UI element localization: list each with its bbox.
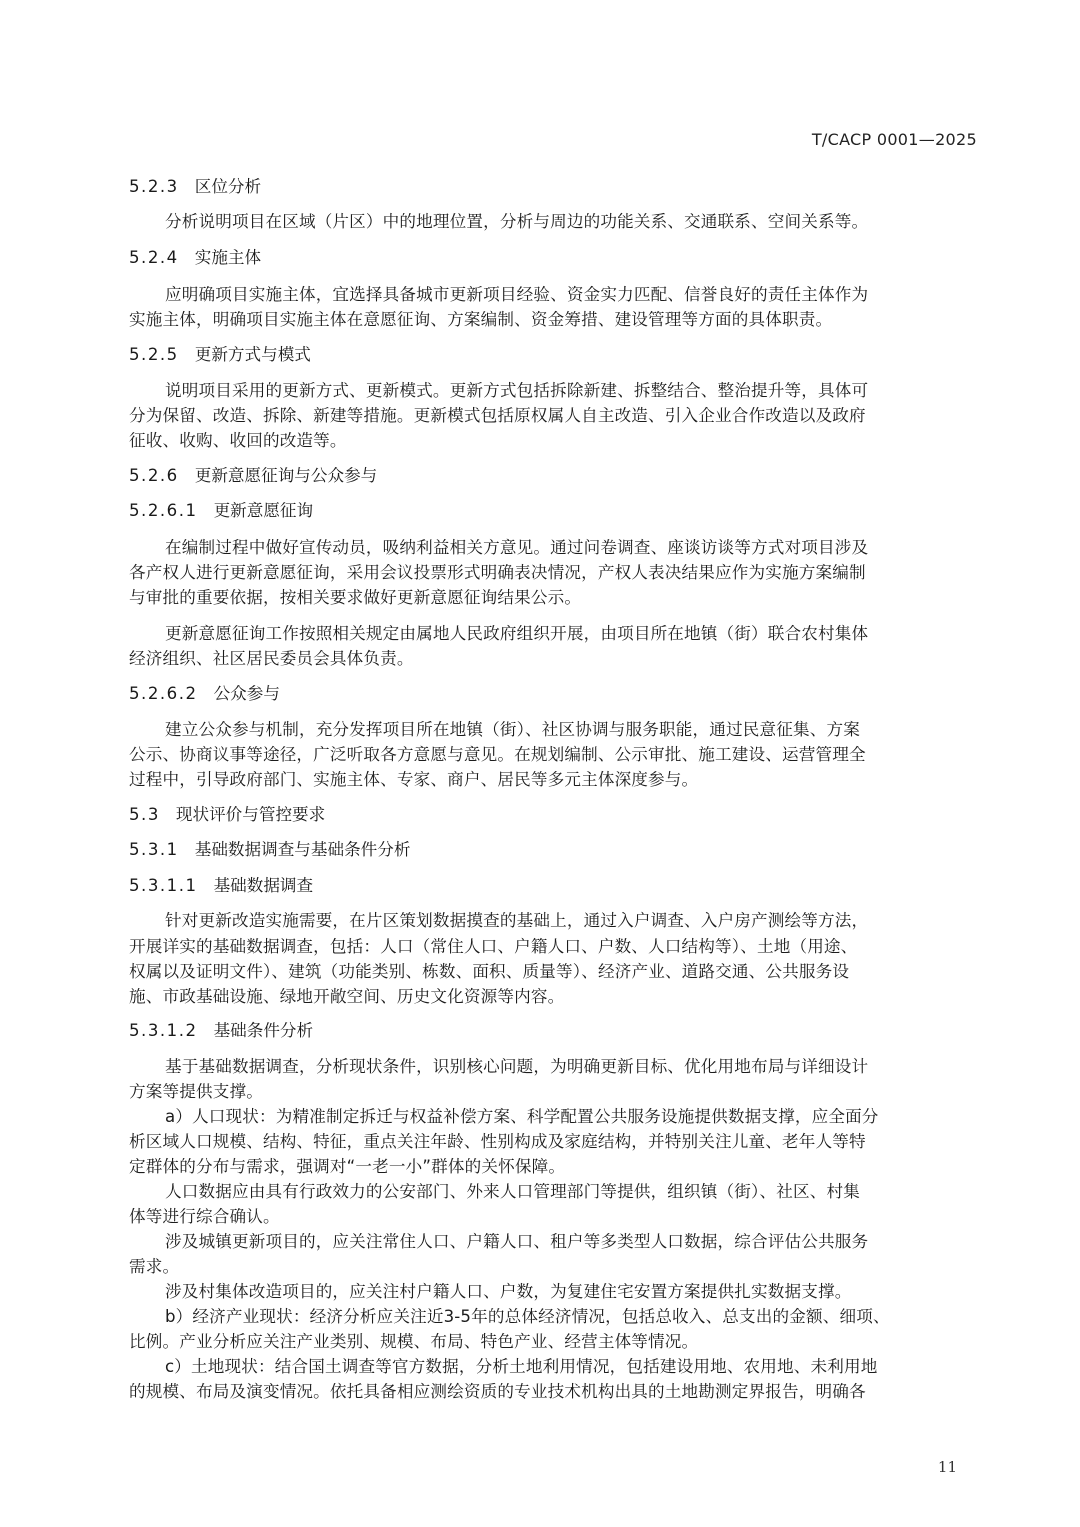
section-title: 更新意愿征询与公众参与 [195,466,378,485]
section-heading-5-2-3: 5.2.3区位分析 [129,176,261,198]
section-title: 基础条件分析 [214,1021,314,1040]
section-heading-5-3: 5.3现状评价与管控要求 [129,804,325,826]
list-item-a: a）人口现状：为精准制定拆迁与权益补偿方案、科学配置公共服务设施提供数据支撑，应… [165,1106,977,1128]
section-title: 现状评价与管控要求 [176,805,325,824]
paragraph-line: 涉及村集体改造项目的，应关注村户籍人口、户数，为复建住宅安置方案提供扎实数据支撑… [165,1281,977,1303]
section-title: 更新意愿征询 [214,501,314,520]
section-title: 基础数据调查与基础条件分析 [195,840,411,859]
section-title: 公众参与 [214,684,280,703]
paragraph-line: 比例。产业分析应关注产业类别、规模、布局、特色产业、经营主体等情况。 [129,1331,977,1353]
section-heading-5-2-4: 5.2.4实施主体 [129,247,261,269]
paragraph-line: 应明确项目实施主体，宜选择具备城市更新项目经验、资金实力匹配、信誉良好的责任主体… [165,284,977,306]
paragraph-line: 与审批的重要依据，按相关要求做好更新意愿征询结果公示。 [129,587,977,609]
paragraph-line: 体等进行综合确认。 [129,1206,977,1228]
section-heading-5-3-1: 5.3.1基础数据调查与基础条件分析 [129,839,410,861]
paragraph-line: 说明项目采用的更新方式、更新模式。更新方式包括拆除新建、拆整结合、整治提升等，具… [165,380,977,402]
section-number: 5.2.4 [129,247,179,269]
section-heading-5-2-5: 5.2.5更新方式与模式 [129,344,311,366]
section-title: 更新方式与模式 [195,345,311,364]
paragraph-line: 征收、收购、收回的改造等。 [129,430,977,452]
paragraph-line: 施、市政基础设施、绿地开敞空间、历史文化资源等内容。 [129,986,977,1008]
section-number: 5.3 [129,804,160,826]
page-number: 11 [938,1458,957,1476]
section-title: 实施主体 [195,248,261,267]
paragraph-line: 需求。 [129,1256,977,1278]
paragraph-line: 针对更新改造实施需要，在片区策划数据摸查的基础上，通过入户调查、入户房产测绘等方… [165,910,977,932]
paragraph-line: 析区域人口规模、结构、特征，重点关注年龄、性别构成及家庭结构，并特别关注儿童、老… [129,1131,977,1153]
section-number: 5.3.1 [129,839,179,861]
list-item-c: c）土地现状：结合国土调查等官方数据，分析土地利用情况，包括建设用地、农用地、未… [165,1356,977,1378]
section-heading-5-2-6-2: 5.2.6.2公众参与 [129,683,280,705]
document-page: T/CACP 0001—2025 5.2.3区位分析 分析说明项目在区域（片区）… [0,0,1080,1527]
standard-code: T/CACP 0001—2025 [812,130,977,149]
paragraph-line: 涉及城镇更新项目的，应关注常住人口、户籍人口、租户等多类型人口数据，综合评估公共… [165,1231,977,1253]
paragraph-line: 经济组织、社区居民委员会具体负责。 [129,648,977,670]
section-number: 5.2.5 [129,344,179,366]
paragraph-line: 建立公众参与机制，充分发挥项目所在地镇（街）、社区协调与服务职能，通过民意征集、… [165,719,977,741]
section-heading-5-3-1-1: 5.3.1.1基础数据调查 [129,875,313,897]
list-item-b: b）经济产业现状：经济分析应关注近3-5年的总体经济情况，包括总收入、总支出的金… [165,1306,977,1328]
paragraph-line: 权属以及证明文件）、建筑（功能类别、栋数、面积、质量等）、经济产业、道路交通、公… [129,961,977,983]
section-title: 区位分析 [195,177,261,196]
paragraph-line: 各产权人进行更新意愿征询，采用会议投票形式明确表决情况，产权人表决结果应作为实施… [129,562,977,584]
paragraph-line: 定群体的分布与需求，强调对“一老一小”群体的关怀保障。 [129,1156,977,1178]
paragraph-line: 更新意愿征询工作按照相关规定由属地人民政府组织开展，由项目所在地镇（街）联合农村… [165,623,977,645]
section-title: 基础数据调查 [214,876,314,895]
paragraph-line: 在编制过程中做好宣传动员，吸纳利益相关方意见。通过问卷调查、座谈访谈等方式对项目… [165,537,977,559]
section-heading-5-2-6: 5.2.6更新意愿征询与公众参与 [129,465,377,487]
section-number: 5.2.6.2 [129,683,198,705]
section-number: 5.2.6 [129,465,179,487]
section-number: 5.2.6.1 [129,500,198,522]
paragraph-line: 的规模、布局及演变情况。依托具备相应测绘资质的专业技术机构出具的土地勘测定界报告… [129,1381,977,1403]
paragraph-line: 方案等提供支撑。 [129,1081,977,1103]
paragraph-line: 基于基础数据调查，分析现状条件，识别核心问题，为明确更新目标、优化用地布局与详细… [165,1056,977,1078]
paragraph-line: 实施主体，明确项目实施主体在意愿征询、方案编制、资金筹措、建设管理等方面的具体职… [129,309,977,331]
section-heading-5-2-6-1: 5.2.6.1更新意愿征询 [129,500,313,522]
section-number: 5.3.1.2 [129,1020,198,1042]
paragraph-line: 开展详实的基础数据调查，包括：人口（常住人口、户籍人口、户数、人口结构等）、土地… [129,936,977,958]
paragraph-line: 分析说明项目在区域（片区）中的地理位置，分析与周边的功能关系、交通联系、空间关系… [165,211,977,233]
paragraph-line: 人口数据应由具有行政效力的公安部门、外来人口管理部门等提供，组织镇（街）、社区、… [165,1181,977,1203]
section-number: 5.2.3 [129,176,179,198]
section-heading-5-3-1-2: 5.3.1.2基础条件分析 [129,1020,313,1042]
paragraph-line: 过程中，引导政府部门、实施主体、专家、商户、居民等多元主体深度参与。 [129,769,977,791]
paragraph-line: 分为保留、改造、拆除、新建等措施。更新模式包括原权属人自主改造、引入企业合作改造… [129,405,977,427]
paragraph-line: 公示、协商议事等途径，广泛听取各方意愿与意见。在规划编制、公示审批、施工建设、运… [129,744,977,766]
section-number: 5.3.1.1 [129,875,198,897]
